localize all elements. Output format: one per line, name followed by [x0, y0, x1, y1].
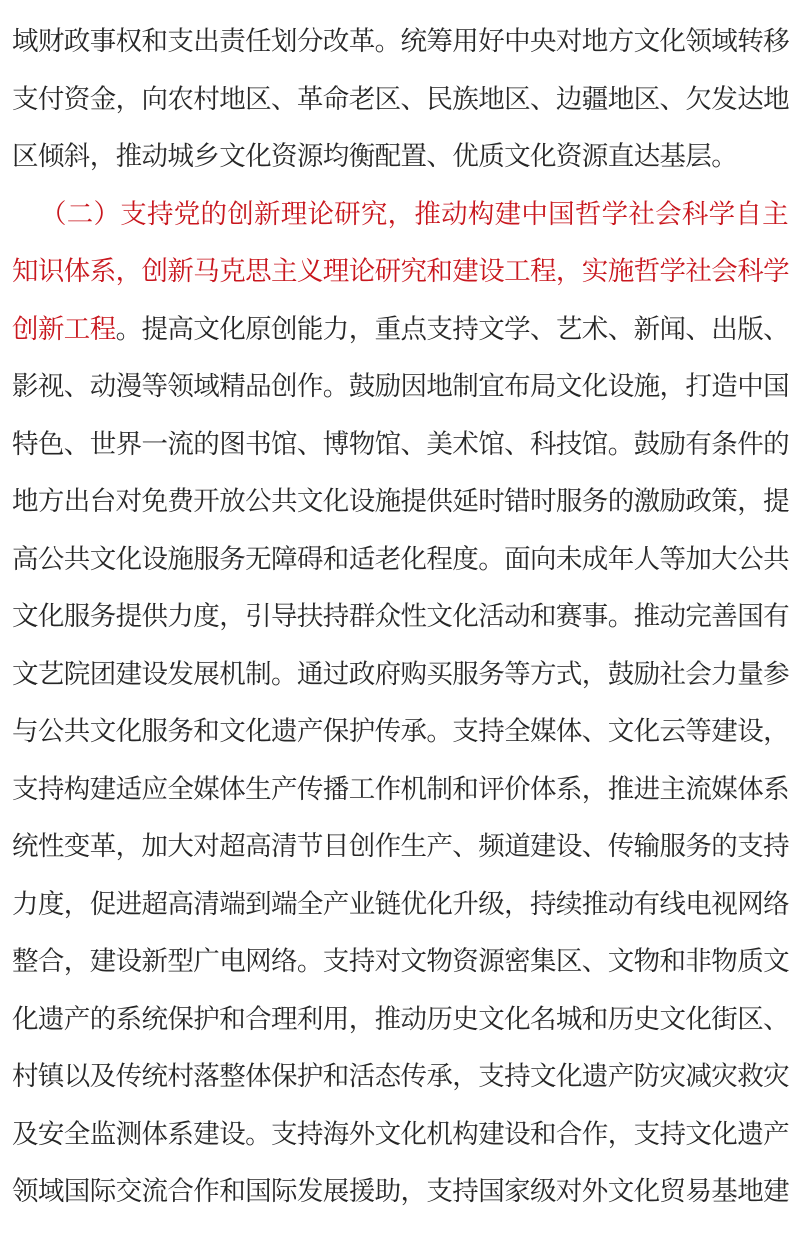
body-text: 特色、世界一流的图书馆、博物馆、美术馆、科技馆。鼓励有条件的: [12, 429, 789, 460]
body-text: 影视、动漫等领域精品创作。鼓励因地制宜布局文化设施，打造中国: [12, 371, 789, 402]
text-line: 地方出台对免费开放公共文化设施提供延时错时服务的激励政策，提: [12, 482, 788, 522]
body-text: 与公共文化服务和文化遗产保护传承。支持全媒体、文化云等建设，: [12, 716, 789, 747]
text-line: 支持构建适应全媒体生产传播工作机制和评价体系，推进主流媒体系: [12, 770, 788, 810]
text-line: 支付资金，向农村地区、革命老区、民族地区、边疆地区、欠发达地: [12, 80, 788, 120]
text-line: 力度，促进超高清端到端全产业链优化升级，持续推动有线电视网络: [12, 885, 788, 925]
section-heading-line: 知识体系，创新马克思主义理论研究和建设工程，实施哲学社会科学: [12, 252, 788, 292]
body-text: 及安全监测体系建设。支持海外文化机构建设和合作，支持文化遗产: [12, 1119, 789, 1150]
body-text: 力度，促进超高清端到端全产业链优化升级，持续推动有线电视网络: [12, 889, 789, 920]
text-line: 统性变革，加大对超高清节目创作生产、频道建设、传输服务的支持: [12, 827, 788, 867]
body-text: 村镇以及传统村落整体保护和活态传承，支持文化遗产防灾减灾救灾: [12, 1061, 789, 1092]
body-text: 地方出台对免费开放公共文化设施提供延时错时服务的激励政策，提: [12, 486, 789, 517]
section-heading-text: 创新工程: [12, 314, 116, 345]
text-line: 村镇以及传统村落整体保护和活态传承，支持文化遗产防灾减灾救灾: [12, 1057, 788, 1097]
text-line: 影视、动漫等领域精品创作。鼓励因地制宜布局文化设施，打造中国: [12, 367, 788, 407]
text-line: 特色、世界一流的图书馆、博物馆、美术馆、科技馆。鼓励有条件的: [12, 425, 788, 465]
section-heading-text: （二）支持党的创新理论研究，推动构建中国哲学社会科学自主: [40, 199, 788, 230]
body-text: 区倾斜，推动城乡文化资源均衡配置、优质文化资源直达基层。: [12, 141, 737, 172]
body-text: 整合，建设新型广电网络。支持对文物资源密集区、文物和非物质文: [12, 946, 789, 977]
section-heading-text: 知识体系，创新马克思主义理论研究和建设工程，实施哲学社会科学: [12, 256, 789, 287]
text-line: 域财政事权和支出责任划分改革。统筹用好中央对地方文化领域转移: [12, 22, 788, 62]
body-text: 统性变革，加大对超高清节目创作生产、频道建设、传输服务的支持: [12, 831, 789, 862]
body-text: 文艺院团建设发展机制。通过政府购买服务等方式，鼓励社会力量参: [12, 659, 789, 690]
document-page: 域财政事权和支出责任划分改革。统筹用好中央对地方文化领域转移 支付资金，向农村地…: [0, 0, 800, 1249]
text-line: 文艺院团建设发展机制。通过政府购买服务等方式，鼓励社会力量参: [12, 655, 788, 695]
body-text: 。提高文化原创能力，重点支持文学、艺术、新闻、出版、: [116, 314, 789, 345]
text-line: 化遗产的系统保护和合理利用，推动历史文化名城和历史文化街区、: [12, 1000, 788, 1040]
text-line: 区倾斜，推动城乡文化资源均衡配置、优质文化资源直达基层。: [12, 137, 788, 177]
text-line: 及安全监测体系建设。支持海外文化机构建设和合作，支持文化遗产: [12, 1115, 788, 1155]
text-line: 整合，建设新型广电网络。支持对文物资源密集区、文物和非物质文: [12, 942, 788, 982]
body-text: 领域国际交流合作和国际发展援助，支持国家级对外文化贸易基地建: [12, 1176, 789, 1207]
body-text: 支付资金，向农村地区、革命老区、民族地区、边疆地区、欠发达地: [12, 84, 789, 115]
text-line: 领域国际交流合作和国际发展援助，支持国家级对外文化贸易基地建: [12, 1172, 788, 1212]
body-text: 高公共文化设施服务无障碍和适老化程度。面向未成年人等加大公共: [12, 544, 789, 575]
body-text: 支持构建适应全媒体生产传播工作机制和评价体系，推进主流媒体系: [12, 774, 789, 805]
body-text: 文化服务提供力度，引导扶持群众性文化活动和赛事。推动完善国有: [12, 601, 789, 632]
body-text: 化遗产的系统保护和合理利用，推动历史文化名城和历史文化街区、: [12, 1004, 789, 1035]
text-line: 与公共文化服务和文化遗产保护传承。支持全媒体、文化云等建设，: [12, 712, 788, 752]
text-line: 文化服务提供力度，引导扶持群众性文化活动和赛事。推动完善国有: [12, 597, 788, 637]
text-line: 创新工程。提高文化原创能力，重点支持文学、艺术、新闻、出版、: [12, 310, 788, 350]
body-text: 域财政事权和支出责任划分改革。统筹用好中央对地方文化领域转移: [12, 26, 789, 57]
text-line: 高公共文化设施服务无障碍和适老化程度。面向未成年人等加大公共: [12, 540, 788, 580]
section-heading-line: （二）支持党的创新理论研究，推动构建中国哲学社会科学自主: [40, 195, 788, 235]
